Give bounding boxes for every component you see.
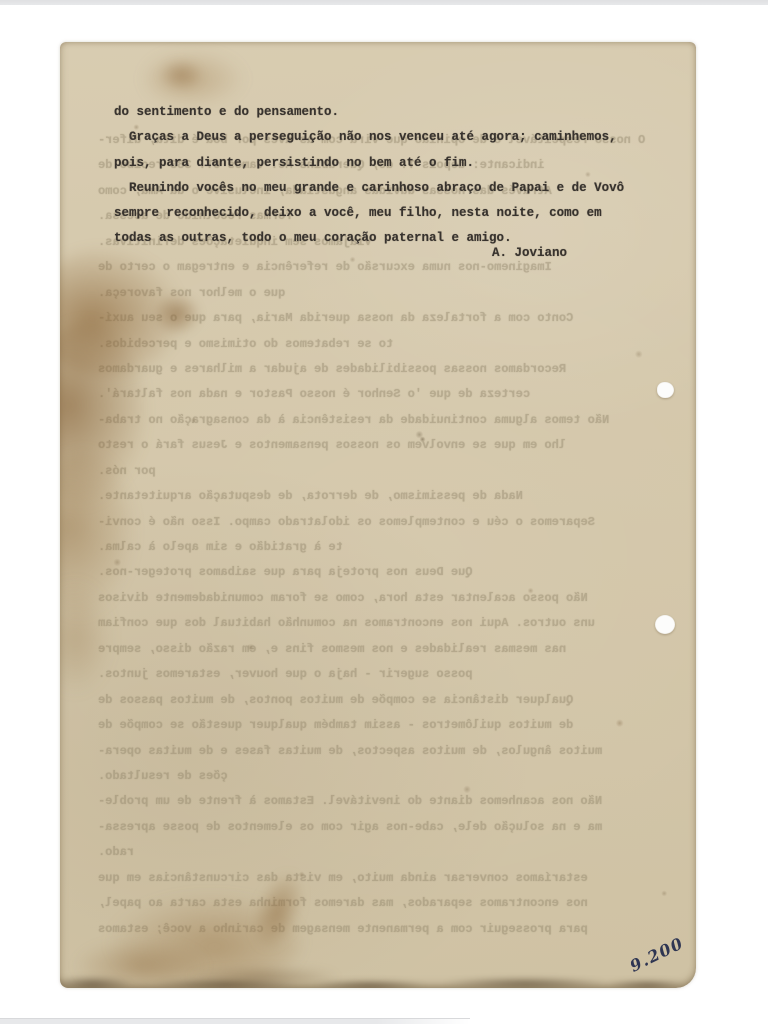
- typewritten-letter-body: do sentimento e do pensamento. Graças a …: [114, 100, 654, 252]
- letter-line: do sentimento e do pensamento.: [114, 100, 654, 125]
- bleedthrough-line: de muitos quilômetros - assim também qua…: [98, 713, 664, 738]
- signature: A. Joviano: [492, 246, 567, 260]
- bleedthrough-line: lho em que se envolvem os nossos pensame…: [98, 433, 664, 458]
- bleedthrough-line: to se rebatemos do otimismo e percebidos…: [98, 332, 664, 357]
- torn-edge-mark: [608, 980, 686, 988]
- letter-line: todas as outras, todo o meu coração pate…: [114, 226, 654, 251]
- bleedthrough-line: Não temos alguma continuidade da resistê…: [98, 408, 664, 433]
- stain-top-core: [158, 58, 204, 92]
- scanned-letter-page: O nosso respeitável é de opinião que vir…: [60, 42, 696, 988]
- punch-hole-top: [657, 382, 674, 398]
- bleedthrough-line: Conto com a fortaleza da nossa querida M…: [98, 306, 664, 331]
- bleedthrough-line: muitos ângulos, de muitos aspectos, de m…: [98, 739, 664, 764]
- bleedthrough-line: ções de resultado.: [98, 764, 664, 789]
- bleedthrough-line: te à gratidão e sim apelo à calma.: [98, 535, 664, 560]
- bleedthrough-line: certeza de que 'o Senhor é nosso Pastor …: [98, 382, 664, 407]
- bleedthrough-line: Nada de pessimismo, de derrota, de despu…: [98, 484, 664, 509]
- bleedthrough-line: estaríamos conversar ainda muito, em vis…: [98, 866, 664, 891]
- bleedthrough-line: que o melhor nos favoreça.: [98, 281, 664, 306]
- letter-line: sempre reconhecido, deixo a você, meu fi…: [114, 201, 654, 226]
- bleedthrough-line: rado.: [98, 840, 664, 865]
- letter-line: Graças a Deus a perseguição não nos venc…: [114, 125, 654, 150]
- torn-edge-mark: [188, 968, 338, 986]
- bleedthrough-line: Recordamos nossas possibilidades de ajud…: [98, 357, 664, 382]
- bleedthrough-line: posso sugerir - haja o que houver, estar…: [98, 662, 664, 687]
- letter-line: Reunindo vocês no meu grande e carinhoso…: [114, 176, 654, 201]
- bleedthrough-line: Não nos acanhemos diante do inevitável. …: [98, 789, 664, 814]
- torn-edge-mark: [445, 977, 605, 988]
- scanner-edge-top: [0, 0, 768, 5]
- bleedthrough-line: Não posso acalentar esta hora, como se f…: [98, 586, 664, 611]
- bleedthrough-line: por nós.: [98, 459, 664, 484]
- bleedthrough-line: nas mesmas realidades e nos mesmos fins …: [98, 637, 664, 662]
- scanner-edge-bottom: [0, 1018, 470, 1024]
- bleedthrough-line: para prosseguir com a permanente mensage…: [98, 917, 664, 942]
- bleedthrough-line: Imaginemo-nos numa excursão de referênci…: [98, 255, 664, 280]
- letter-line: pois, para diante, persistindo no bem at…: [114, 151, 654, 176]
- bleedthrough-line: Separemos o céu e contemplemos os idolat…: [98, 510, 664, 535]
- bleedthrough-line: Qualquer distância se compõe de muitos p…: [98, 688, 664, 713]
- torn-edge-mark: [60, 976, 132, 988]
- bleedthrough-line: ma e na solução dele, cabe-nos agir com …: [98, 815, 664, 840]
- punch-hole-bottom: [655, 615, 675, 634]
- bleedthrough-line: nos encontramos separados, mas daremos f…: [98, 891, 664, 916]
- bleedthrough-line: uns outros. Aqui nos encontramos na comu…: [98, 611, 664, 636]
- torn-edge-mark: [315, 980, 425, 988]
- bleedthrough-line: Que Deus nos proteja para que saibamos p…: [98, 560, 664, 585]
